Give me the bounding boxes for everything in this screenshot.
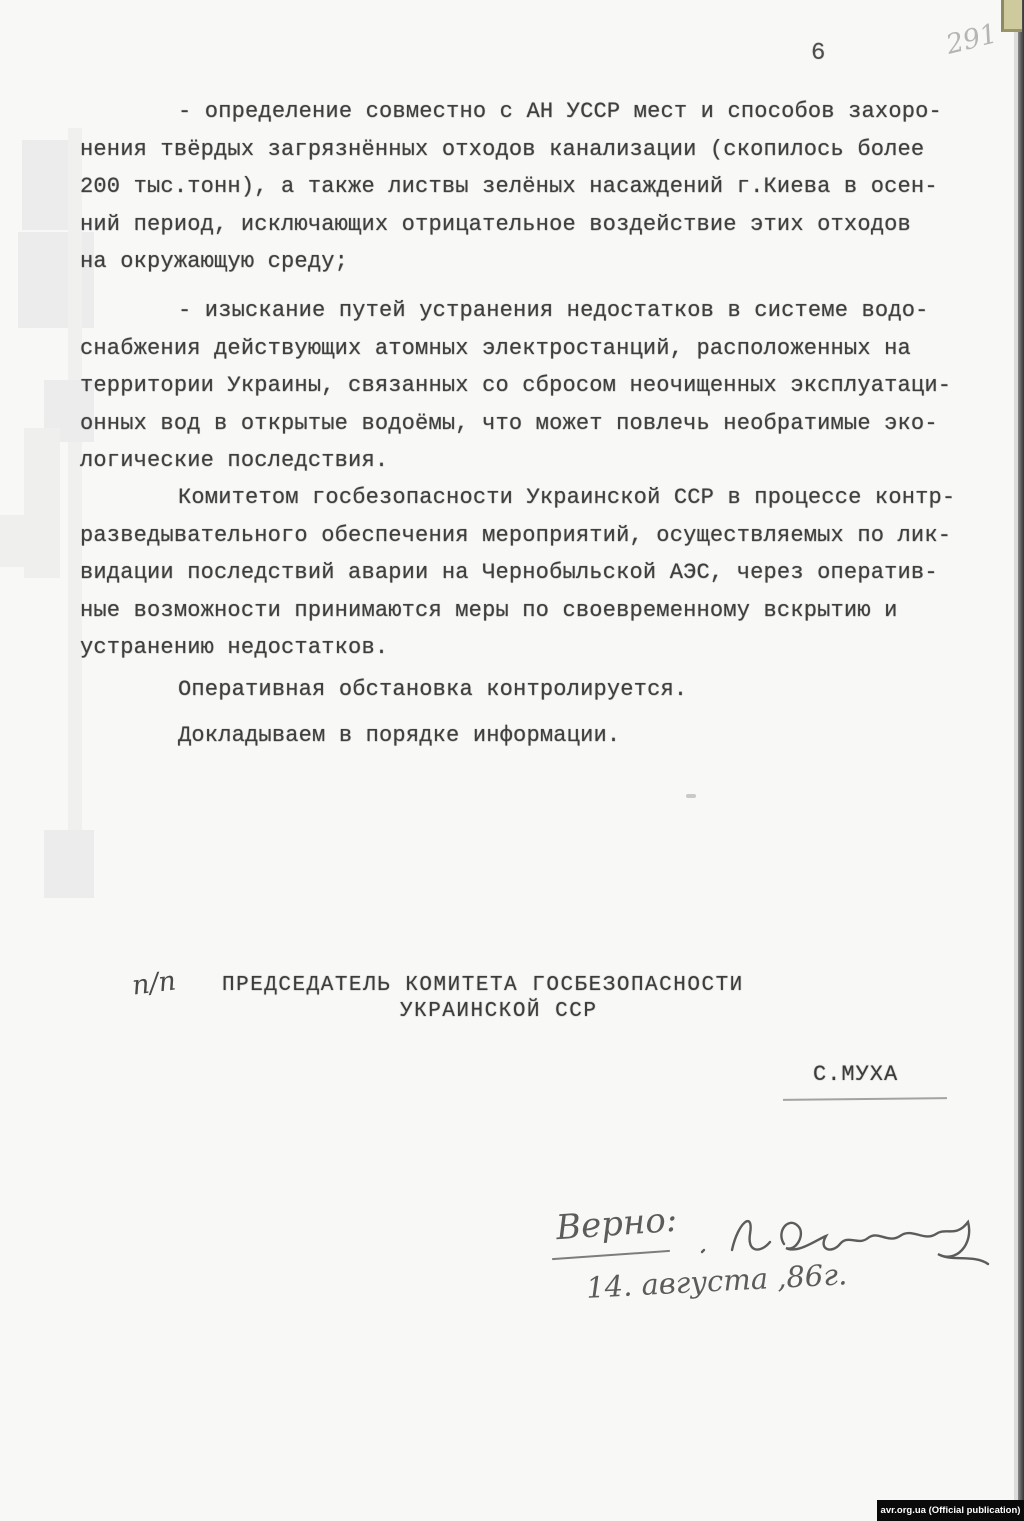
- scan-speck: [686, 794, 696, 798]
- paragraph-reporting: Докладываем в порядке информации.: [80, 717, 980, 755]
- signer-underline: [783, 1097, 947, 1101]
- signature-title-line-1: ПРЕДСЕДАТЕЛЬ КОМИТЕТА ГОСБЕЗОПАСНОСТИ: [222, 974, 744, 997]
- page-number: 6: [811, 40, 825, 67]
- typed-line: территории Украины, связанных со сбросом…: [80, 367, 980, 405]
- right-edge-strip: [1018, 0, 1024, 1521]
- signature-title-line-2: УКРАИНСКОЙ ССР: [400, 1000, 597, 1023]
- watermark-text: avr.org.ua (Official publication): [881, 1505, 1021, 1516]
- typed-line: логические последствия.: [80, 442, 980, 480]
- typed-line: онных вод в открытые водоёмы, что может …: [80, 405, 980, 443]
- typed-line: Оперативная обстановка контролируется.: [80, 671, 980, 709]
- typed-line: видации последствий аварии на Чернобыльс…: [80, 554, 980, 592]
- typed-line: Докладываем в порядке информации.: [80, 717, 980, 755]
- paragraph-disposal: - определение совместно с АН УССР мест и…: [80, 93, 980, 281]
- typed-line: разведывательного обеспечения мероприяти…: [80, 517, 980, 555]
- typed-line: снабжения действующих атомных электроста…: [80, 330, 980, 368]
- corner-tab: [1001, 0, 1022, 32]
- typed-line: - определение совместно с АН УССР мест и…: [80, 93, 980, 131]
- typed-line: на окружающую среду;: [80, 243, 980, 281]
- paragraph-kgb-measures: Комитетом госбезопасности Украинской ССР…: [80, 479, 980, 667]
- certify-underline: [552, 1250, 670, 1260]
- paragraph-water-supply: - изыскание путей устранения недостатков…: [80, 292, 980, 480]
- scan-artifact: [0, 515, 30, 567]
- typed-line: 200 тыс.тонн), а также листвы зелёных на…: [80, 168, 980, 206]
- typed-line: устранению недостатков.: [80, 629, 980, 667]
- signer-name: С.МУХА: [813, 1062, 898, 1087]
- scan-artifact: [22, 140, 72, 230]
- paragraph-situation-controlled: Оперативная обстановка контролируется.: [80, 671, 980, 709]
- certify-label: Верно:: [555, 1200, 679, 1248]
- handwritten-pp-note: п/п: [130, 965, 177, 1001]
- document-scan-page: 6 291 - определение совместно с АН УССР …: [0, 0, 1024, 1521]
- typed-line: нения твёрдых загрязнённых отходов канал…: [80, 131, 980, 169]
- pencil-archive-number: 291: [943, 18, 1001, 61]
- typed-line: - изыскание путей устранения недостатков…: [80, 292, 980, 330]
- typed-line: ные возможности принимаются меры по свое…: [80, 592, 980, 630]
- typed-line: Комитетом госбезопасности Украинской ССР…: [80, 479, 980, 517]
- typed-line: ний период, исключающих отрицательное во…: [80, 206, 980, 244]
- scan-artifact: [44, 830, 94, 898]
- watermark-bar: avr.org.ua (Official publication): [877, 1500, 1024, 1521]
- certify-date: 14. августа ,86г.: [585, 1257, 848, 1305]
